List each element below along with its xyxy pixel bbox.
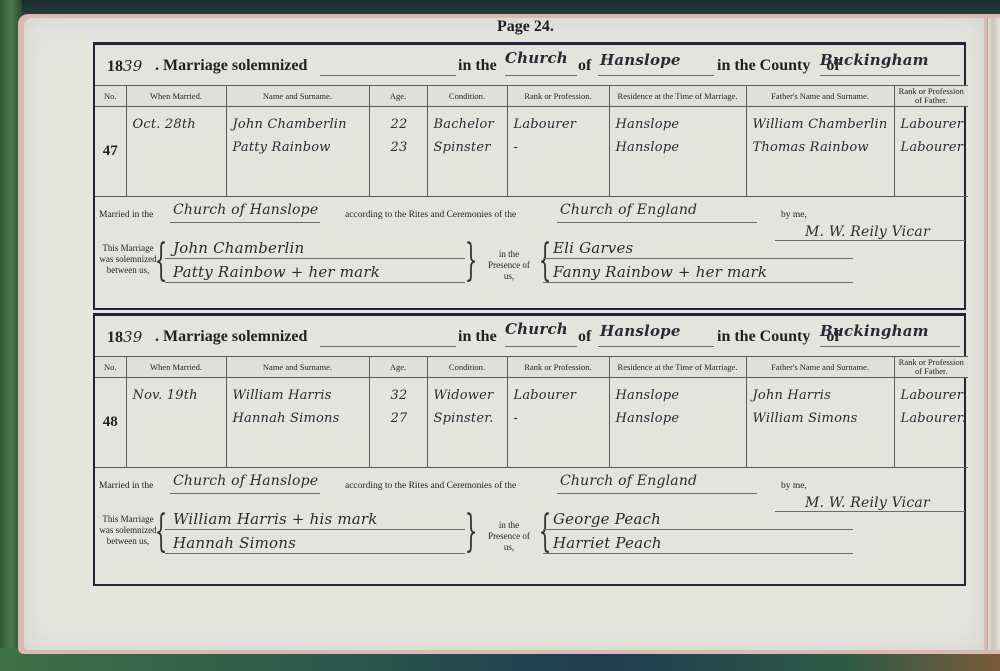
place-type: Church [505, 49, 575, 67]
column-header: Rank or Profession of Father. [894, 86, 968, 107]
county-name: Buckingham [820, 322, 960, 340]
signatures-block: This Marriage was solemnized between us,… [95, 235, 964, 313]
witness-signature-2: Harriet Peach [553, 534, 662, 552]
cell-value: Hanslope [616, 117, 742, 140]
cell-value: - [514, 411, 605, 434]
column-header: Condition. [427, 86, 507, 107]
column-header: Father's Name and Surname. [746, 357, 894, 378]
cell-value: William Simons [753, 411, 890, 434]
column-header: Name and Surname. [226, 86, 369, 107]
cell-value: Thomas Rainbow [753, 140, 890, 163]
column-header: Name and Surname. [226, 357, 369, 378]
cell-value: Labourer. [901, 411, 965, 434]
cell-value: Labourer [901, 388, 965, 411]
register-table: No.When Married.Name and Surname.Age.Con… [95, 356, 968, 468]
names: John ChamberlinPatty Rainbow [226, 107, 369, 197]
cell-value: Hanslope [616, 411, 742, 434]
father-ranks: LabourerLabourer [894, 107, 968, 197]
column-header: Rank or Profession. [507, 357, 609, 378]
column-header: Residence at the Time of Marriage. [609, 86, 746, 107]
married-in-place: Church of Hanslope [173, 473, 318, 489]
rites-church: Church of England [560, 202, 697, 218]
column-header: Age. [369, 86, 427, 107]
married-in-place: Church of Hanslope [173, 202, 318, 218]
ranks: Labourer- [507, 378, 609, 468]
cell-value: John Chamberlin [233, 117, 365, 140]
column-header: No. [95, 86, 126, 107]
column-header: No. [95, 357, 126, 378]
witness-signature-1: George Peach [553, 510, 661, 528]
column-header: Residence at the Time of Marriage. [609, 357, 746, 378]
place-type: Church [505, 320, 575, 338]
ages: 3227 [369, 378, 427, 468]
cell-value: William Chamberlin [753, 117, 890, 140]
when-married: Nov. 19th [126, 378, 226, 468]
ages: 2223 [369, 107, 427, 197]
marriage-solemnized-label: . Marriage solemnized [155, 328, 307, 346]
cell-value: William Harris [233, 388, 365, 411]
column-header: Father's Name and Surname. [746, 86, 894, 107]
cell-value: 32 [376, 388, 423, 411]
record-year: 1839 [107, 57, 143, 76]
record-header: 1839 . Marriage solemnized in the Church… [95, 316, 964, 356]
this-marriage-label: This Marriage was solemnized between us, [95, 514, 161, 547]
marriage-record: 1839 . Marriage solemnized in the Church… [93, 42, 966, 310]
column-header: Rank or Profession. [507, 86, 609, 107]
cell-value: Widower [434, 388, 503, 411]
cell-value: Spinster [434, 140, 503, 163]
cell-value: Patty Rainbow [233, 140, 365, 163]
ranks: Labourer- [507, 107, 609, 197]
of-label: of [578, 328, 591, 346]
county-name: Buckingham [820, 51, 960, 69]
party-signature-2: Hannah Simons [173, 534, 296, 552]
party-signature-1: John Chamberlin [173, 239, 304, 257]
marriage-record: 1839 . Marriage solemnized in the Church… [93, 313, 966, 586]
record-year: 1839 [107, 328, 143, 347]
residences: HanslopeHanslope [609, 378, 746, 468]
signatures-block: This Marriage was solemnized between us,… [95, 506, 964, 584]
father-names: William ChamberlinThomas Rainbow [746, 107, 894, 197]
parish-name: Hanslope [600, 51, 715, 69]
page-number: Page 24. [497, 18, 554, 36]
party-signature-2: Patty Rainbow + her mark [173, 263, 380, 281]
cell-value: 23 [376, 140, 423, 163]
table-row: 47 Oct. 28th John ChamberlinPatty Rainbo… [95, 107, 968, 197]
cell-value: Bachelor [434, 117, 503, 140]
in-the-label: in the [458, 328, 497, 346]
cell-value: Spinster. [434, 411, 503, 434]
presence-label: in the Presence of us, [485, 249, 533, 282]
column-header: Rank or Profession of Father. [894, 357, 968, 378]
witness-signature-1: Eli Garves [553, 239, 633, 257]
when-married: Oct. 28th [126, 107, 226, 197]
cell-value: Labourer [514, 117, 605, 140]
cell-value: Hanslope [616, 388, 742, 411]
column-header: When Married. [126, 86, 226, 107]
entry-number: 47 [95, 107, 126, 197]
entry-number: 48 [95, 378, 126, 468]
column-headers: No.When Married.Name and Surname.Age.Con… [95, 86, 968, 107]
cell-value: Hanslope [616, 140, 742, 163]
residences: HanslopeHanslope [609, 107, 746, 197]
married-in-line: Married in the Church of Hanslope accord… [95, 200, 964, 230]
in-the-label: in the [458, 57, 497, 75]
father-ranks: LabourerLabourer. [894, 378, 968, 468]
party-signature-1: William Harris + his mark [173, 510, 378, 528]
cell-value: Labourer [901, 140, 965, 163]
table-row: 48 Nov. 19th William HarrisHannah Simons… [95, 378, 968, 468]
cell-value: 22 [376, 117, 423, 140]
father-names: John HarrisWilliam Simons [746, 378, 894, 468]
marriage-solemnized-label: . Marriage solemnized [155, 57, 307, 75]
column-header: When Married. [126, 357, 226, 378]
presence-label: in the Presence of us, [485, 520, 533, 553]
cell-value: Labourer [901, 117, 965, 140]
conditions: BachelorSpinster [427, 107, 507, 197]
column-headers: No.When Married.Name and Surname.Age.Con… [95, 357, 968, 378]
record-header: 1839 . Marriage solemnized in the Church… [95, 45, 964, 85]
cell-value: Labourer [514, 388, 605, 411]
cell-value: Hannah Simons [233, 411, 365, 434]
this-marriage-label: This Marriage was solemnized between us, [95, 243, 161, 276]
cell-value: 27 [376, 411, 423, 434]
conditions: WidowerSpinster. [427, 378, 507, 468]
column-header: Condition. [427, 357, 507, 378]
of-label: of [578, 57, 591, 75]
names: William HarrisHannah Simons [226, 378, 369, 468]
parish-name: Hanslope [600, 322, 715, 340]
facing-page-edge [987, 18, 1000, 650]
cell-value: - [514, 140, 605, 163]
witness-signature-2: Fanny Rainbow + her mark [553, 263, 767, 281]
register-table: No.When Married.Name and Surname.Age.Con… [95, 85, 968, 197]
married-in-line: Married in the Church of Hanslope accord… [95, 471, 964, 501]
rites-church: Church of England [560, 473, 697, 489]
cell-value: John Harris [753, 388, 890, 411]
column-header: Age. [369, 357, 427, 378]
